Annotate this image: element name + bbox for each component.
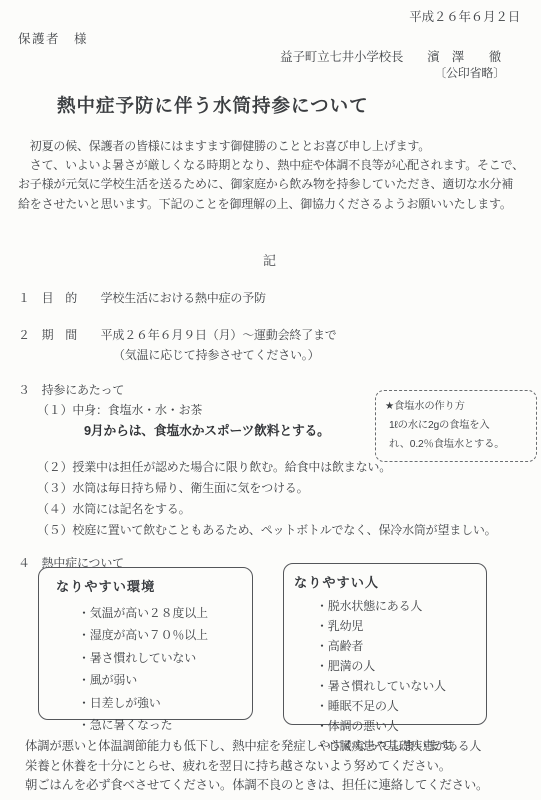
env-item: ・急に暑くなった xyxy=(78,714,252,736)
env-item: ・日差しが強い xyxy=(78,692,252,714)
intro-line: 給をさせたいと思います。下記のことを御理解の上、御協力くださるようお願いいたしま… xyxy=(18,195,524,214)
bring-sub-item: （１）中身：食塩水・水・お茶 xyxy=(37,401,202,418)
bring-sub-item: （３）水筒は毎日持ち帰り、衛生面に気をつける。 xyxy=(37,479,308,496)
item-period: ２ 期 間 平成２６年６月９日（月）～運動会終了まで xyxy=(18,326,337,343)
people-item: ・肥満の人 xyxy=(316,656,486,676)
env-item: ・暑さ慣れしていない xyxy=(78,647,252,669)
document-page: 平成２６年６月２日 保護者 様 益子町立七井小学校長濱 澤 徹 〔公印省略〕 熱… xyxy=(0,0,541,800)
people-box-title: なりやすい人 xyxy=(294,572,486,591)
footer-line: 朝ごはんを必ず食べさせてください。体調不良のときは、担任に連絡してください。 xyxy=(25,776,488,796)
footer-line: 体調が悪いと体温調節能力も低下し、熱中症を発症しやすくなってしまいます。 xyxy=(25,737,488,757)
bring-sub-item: （２）授業中は担任が認めた場合に限り飲む。給食中は飲まない。 xyxy=(37,458,391,475)
seal-note: 〔公印省略〕 xyxy=(434,64,505,81)
page-title: 熱中症予防に伴う水筒持参について xyxy=(57,92,369,118)
saltwater-box-line: れ、0.2％食塩水とする。 xyxy=(385,435,529,454)
people-risk-box: なりやすい人 ・脱水状態にある人 ・乳幼児 ・高齢者 ・肥満の人 ・暑さ慣れして… xyxy=(283,563,487,725)
bring-sub-item: （４）水筒には記名をする。 xyxy=(37,500,190,517)
people-item: ・高齢者 xyxy=(316,636,486,656)
people-item: ・体調の悪い人 xyxy=(316,716,486,736)
document-date: 平成２６年６月２日 xyxy=(409,7,520,25)
intro-paragraph: 初夏の候、保護者の皆様にはますます御健勝のこととお喜び申し上げます。 さて、いよ… xyxy=(18,137,524,214)
env-risk-box: なりやすい環境 ・気温が高い２８度以上 ・湿度が高い７０％以上 ・暑さ慣れしてい… xyxy=(38,567,253,720)
intro-line: 初夏の候、保護者の皆様にはますます御健勝のこととお喜び申し上げます。 xyxy=(18,137,524,156)
addressee: 保護者 様 xyxy=(18,29,88,47)
env-item: ・湿度が高い７０％以上 xyxy=(78,624,252,646)
people-item: ・睡眠不足の人 xyxy=(316,696,486,716)
sender-name: 濱 澤 徹 xyxy=(427,50,501,64)
sender: 益子町立七井小学校長濱 澤 徹 xyxy=(280,47,501,65)
people-item: ・暑さ慣れしていない人 xyxy=(316,676,486,696)
env-box-title: なりやすい環境 xyxy=(56,576,252,595)
env-item: ・気温が高い２８度以上 xyxy=(78,602,252,624)
footer-line: 栄養と休養を十分にとらせ、疲れを翌日に持ち越さないよう努めてください。 xyxy=(25,757,488,777)
item-bring: ３ 持参にあたって xyxy=(18,381,124,398)
bring-bold-note: 9月からは、食塩水かスポーツ飲料とする。 xyxy=(84,420,330,439)
period-note: （気温に応じて持参させてください。） xyxy=(113,346,319,363)
people-item: ・乳幼児 xyxy=(316,616,486,636)
item-purpose: １ 目 的 学校生活における熱中症の予防 xyxy=(18,289,266,306)
record-heading: 記 xyxy=(0,250,541,269)
sender-title: 益子町立七井小学校長 xyxy=(280,50,403,64)
saltwater-box-line: 1ℓの水に2gの食塩を入 xyxy=(385,416,529,435)
bring-sub-item: （５）校庭に置いて飲むこともあるため、ペットボトルでなく、保冷水筒が望ましい。 xyxy=(37,521,496,538)
people-item: ・脱水状態にある人 xyxy=(316,596,486,616)
intro-line: さて、いよいよ暑さが厳しくなる時期となり、熱中症や体調不良等が心配されます。そこ… xyxy=(18,156,524,175)
saltwater-recipe-box: ★食塩水の作り方 1ℓの水に2gの食塩を入 れ、0.2％食塩水とする。 xyxy=(375,390,537,462)
env-item: ・風が弱い xyxy=(78,669,252,691)
intro-line: お子様が元気に学校生活を送るために、御家庭から飲み物を持参していただき、適切な水… xyxy=(18,175,524,194)
people-box-items: ・脱水状態にある人 ・乳幼児 ・高齢者 ・肥満の人 ・暑さ慣れしていない人 ・睡… xyxy=(294,596,486,756)
env-box-items: ・気温が高い２８度以上 ・湿度が高い７０％以上 ・暑さ慣れしていない ・風が弱い… xyxy=(56,602,252,736)
saltwater-box-title: ★食塩水の作り方 xyxy=(385,397,529,416)
closing-paragraph: 体調が悪いと体温調節能力も低下し、熱中症を発症しやすくなってしまいます。 栄養と… xyxy=(25,737,488,796)
